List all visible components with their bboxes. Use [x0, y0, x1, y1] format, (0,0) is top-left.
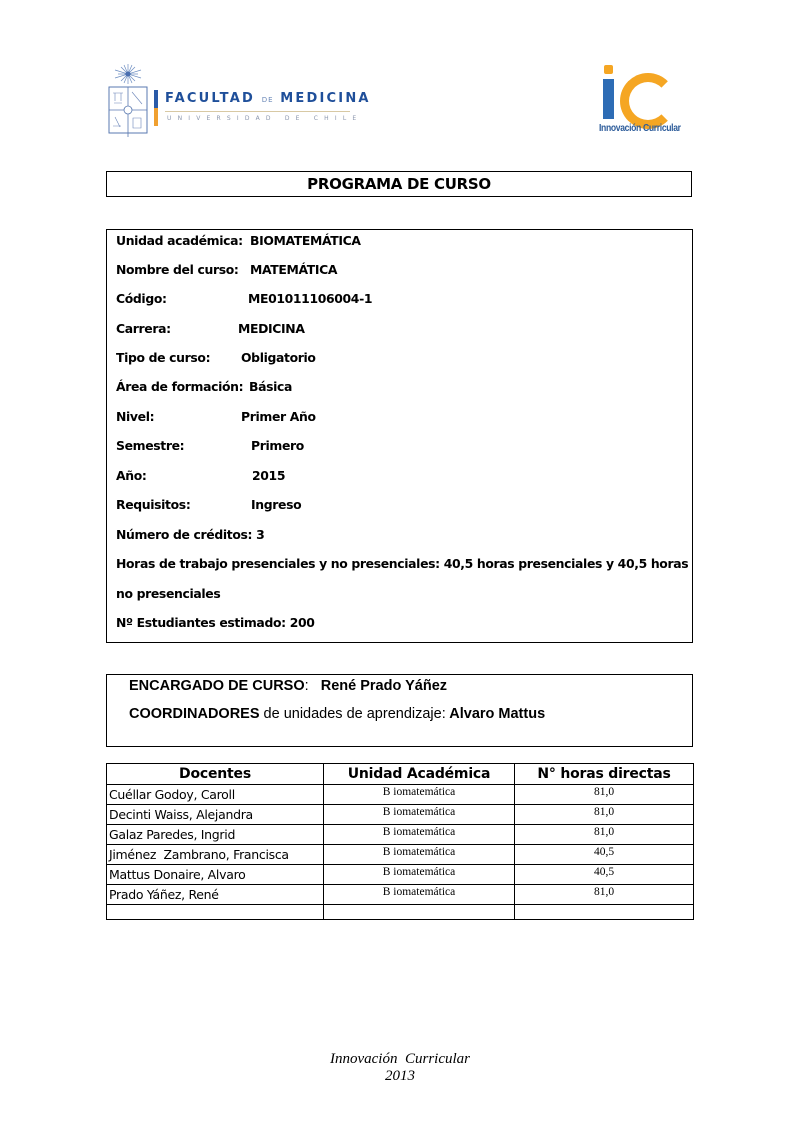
facultad-medicina-logo: FACULTAD DE MEDICINA UNIVERSIDAD DE CHIL…	[107, 62, 367, 140]
info-value: MEDICINA	[238, 321, 305, 336]
info-row-horas-cont: no presenciales	[116, 586, 220, 601]
faculty-name-de: DE	[262, 96, 274, 104]
info-label: Área de formación:	[116, 379, 243, 394]
course-manager-label: ENCARGADO DE CURSO	[129, 678, 305, 694]
teacher-unit: B iomatemática	[324, 825, 515, 845]
document-title-box: PROGRAMA DE CURSO	[106, 171, 692, 197]
ic-logo-i-stem	[603, 79, 614, 119]
info-row-nombre: Nombre del curso: MATEMÁTICA	[116, 262, 239, 277]
info-label: Nombre del curso:	[116, 262, 239, 277]
document-title: PROGRAMA DE CURSO	[307, 175, 491, 193]
column-header-docentes: Docentes	[107, 764, 324, 785]
info-label: no presenciales	[116, 586, 220, 601]
table-row-empty	[107, 905, 694, 920]
info-value: ME01011106004-1	[248, 291, 372, 306]
info-value: Obligatorio	[241, 350, 316, 365]
logo-accent-bar-blue	[154, 90, 158, 108]
university-name: UNIVERSIDAD DE CHILE	[167, 115, 362, 122]
coordinators-line: COORDINADORES de unidades de aprendizaje…	[129, 706, 545, 722]
info-row-area: Área de formación: Básica	[116, 379, 243, 394]
footer-line-2: 2013	[0, 1068, 800, 1085]
info-value: BIOMATEMÁTICA	[250, 233, 361, 248]
ic-logo-c-icon	[620, 73, 676, 129]
table-row: Galaz Paredes, Ingrid B iomatemática 81,…	[107, 825, 694, 845]
table-row: Mattus Donaire, Alvaro B iomatemática 40…	[107, 865, 694, 885]
logo-divider	[165, 111, 350, 112]
faculty-name-part1: FACULTAD	[165, 91, 255, 106]
info-value: MATEMÁTICA	[250, 262, 337, 277]
info-value: Ingreso	[251, 497, 301, 512]
teacher-unit: B iomatemática	[324, 805, 515, 825]
coordinator-name: Alvaro Mattus	[449, 706, 545, 722]
teacher-unit: B iomatemática	[324, 885, 515, 905]
separator: :	[305, 678, 309, 694]
page-footer: Innovación Curricular 2013	[0, 1051, 800, 1085]
teacher-hours: 81,0	[515, 885, 694, 905]
teacher-hours: 81,0	[515, 785, 694, 805]
university-crest-icon	[107, 62, 149, 138]
info-row-creditos: Número de créditos: 3	[116, 527, 264, 542]
info-row-carrera: Carrera: MEDICINA	[116, 321, 171, 336]
info-value: 2015	[252, 468, 285, 483]
info-label: Número de créditos:	[116, 527, 252, 542]
info-row-unidad: Unidad académica: BIOMATEMÁTICA	[116, 233, 243, 248]
ic-logo-caption: Innovación Curricular	[599, 123, 681, 134]
course-staff-box: ENCARGADO DE CURSO: René Prado Yáñez COO…	[106, 674, 693, 747]
info-label: Carrera:	[116, 321, 171, 336]
teacher-unit: B iomatemática	[324, 845, 515, 865]
info-value: Básica	[249, 379, 292, 394]
info-label: Nivel:	[116, 409, 154, 424]
faculty-name-part2: MEDICINA	[280, 91, 370, 106]
teacher-unit: B iomatemática	[324, 785, 515, 805]
table-row: Jiménez Zambrano, Francisca B iomatemáti…	[107, 845, 694, 865]
info-row-nivel: Nivel: Primer Año	[116, 409, 154, 424]
footer-line-1: Innovación Curricular	[0, 1051, 800, 1068]
teacher-hours: 81,0	[515, 805, 694, 825]
coordinators-label: COORDINADORES	[129, 706, 260, 722]
info-row-ano: Año: 2015	[116, 468, 146, 483]
teacher-unit: B iomatemática	[324, 865, 515, 885]
info-label: Semestre:	[116, 438, 184, 453]
table-row: Prado Yáñez, René B iomatemática 81,0	[107, 885, 694, 905]
info-value: 3	[256, 527, 264, 542]
info-value: 200	[290, 615, 315, 630]
coordinators-label-rest: de unidades de aprendizaje:	[264, 706, 446, 722]
teachers-table: Docentes Unidad Académica N° horas direc…	[106, 763, 694, 920]
info-label: Requisitos:	[116, 497, 190, 512]
logo-accent-bar-orange	[154, 108, 158, 126]
info-label: Tipo de curso:	[116, 350, 210, 365]
teacher-name: Cuéllar Godoy, Caroll	[107, 785, 324, 805]
course-manager-line: ENCARGADO DE CURSO: René Prado Yáñez	[129, 678, 447, 694]
info-row-codigo: Código: ME01011106004-1	[116, 291, 167, 306]
info-row-horas: Horas de trabajo presenciales y no prese…	[116, 556, 688, 571]
teacher-name: Prado Yáñez, René	[107, 885, 324, 905]
teacher-hours: 40,5	[515, 845, 694, 865]
info-label: Código:	[116, 291, 167, 306]
column-header-horas: N° horas directas	[515, 764, 694, 785]
table-header-row: Docentes Unidad Académica N° horas direc…	[107, 764, 694, 785]
info-row-semestre: Semestre: Primero	[116, 438, 184, 453]
teacher-name: Galaz Paredes, Ingrid	[107, 825, 324, 845]
teacher-name: Mattus Donaire, Alvaro	[107, 865, 324, 885]
info-value: Primero	[251, 438, 304, 453]
info-row-requisitos: Requisitos: Ingreso	[116, 497, 190, 512]
course-manager-name: René Prado Yáñez	[321, 678, 447, 694]
teacher-name: Decinti Waiss, Alejandra	[107, 805, 324, 825]
teacher-hours: 40,5	[515, 865, 694, 885]
teacher-hours: 81,0	[515, 825, 694, 845]
teacher-name	[107, 905, 324, 920]
info-label: Unidad académica:	[116, 233, 243, 248]
table-row: Decinti Waiss, Alejandra B iomatemática …	[107, 805, 694, 825]
info-row-tipo: Tipo de curso: Obligatorio	[116, 350, 210, 365]
info-value: Primer Año	[241, 409, 316, 424]
teacher-unit	[324, 905, 515, 920]
teacher-hours	[515, 905, 694, 920]
faculty-name: FACULTAD DE MEDICINA	[165, 91, 371, 106]
info-value: 40,5 horas presenciales y 40,5 horas	[444, 556, 689, 571]
column-header-unidad: Unidad Académica	[324, 764, 515, 785]
info-label: Nº Estudiantes estimado:	[116, 615, 286, 630]
info-row-estudiantes: Nº Estudiantes estimado: 200	[116, 615, 315, 630]
info-label: Año:	[116, 468, 146, 483]
course-info-box: Unidad académica: BIOMATEMÁTICA Nombre d…	[106, 229, 693, 643]
innovacion-curricular-logo: Innovación Curricular	[596, 63, 688, 141]
teacher-name: Jiménez Zambrano, Francisca	[107, 845, 324, 865]
info-label: Horas de trabajo presenciales y no prese…	[116, 556, 440, 571]
table-row: Cuéllar Godoy, Caroll B iomatemática 81,…	[107, 785, 694, 805]
ic-logo-i-dot	[604, 65, 613, 74]
